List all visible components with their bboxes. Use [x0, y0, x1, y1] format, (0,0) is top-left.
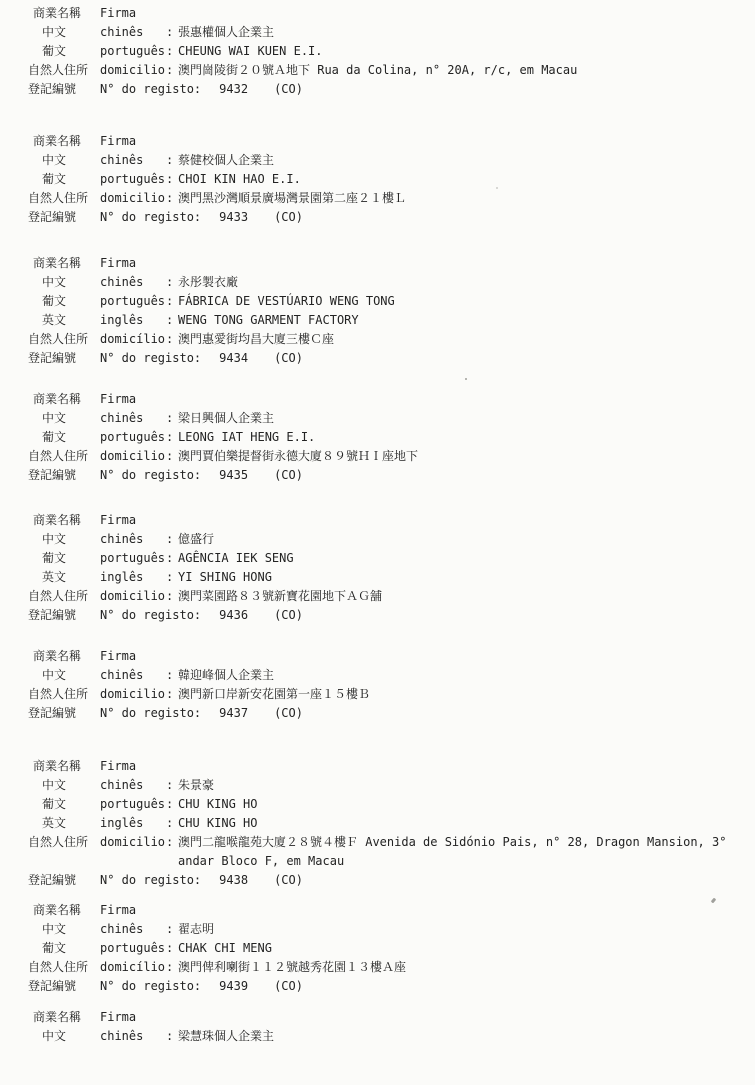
name-field-row: 葡文português:CHEUNG WAI KUEN E.I. — [0, 42, 755, 61]
address-label-zh: 自然人住所 — [0, 61, 100, 80]
colon-separator: : — [166, 23, 178, 42]
registry-number-row: 登記編號N° do registo:9435(CO) — [0, 466, 755, 485]
entry-header-row: 商業名稱Firma — [0, 901, 755, 920]
name-field-row: 中文chinês:張惠權個人企業主 — [0, 23, 755, 42]
address-label-zh: 自然人住所 — [0, 685, 100, 704]
address-label-pt: domicílio — [100, 958, 166, 977]
registry-entry: 商業名稱Firma中文chinês:朱景豪葡文português:CHU KIN… — [0, 757, 755, 890]
registry-label-pt: N° do registo: — [100, 977, 201, 996]
address-row: 自然人住所domicilio:澳門新口岸新安花園第一座１５樓Ｂ — [0, 685, 755, 704]
field-value: CHAK CHI MENG — [178, 939, 755, 958]
name-field-row: 葡文português:LEONG IAT HENG E.I. — [0, 428, 755, 447]
field-label-pt: inglês — [100, 568, 166, 587]
address-value: 澳門新口岸新安花園第一座１５樓Ｂ — [178, 685, 755, 704]
field-label-zh: 英文 — [0, 568, 100, 587]
registry-entry: 商業名稱Firma中文chinês:永彤製衣廠葡文português:FÁBRI… — [0, 254, 755, 368]
field-label-zh: 英文 — [0, 814, 100, 833]
address-value: 澳門崗陵街２０號Ａ地下 Rua da Colina, n° 20A, r/c, … — [178, 61, 755, 80]
field-label-pt: chinês — [100, 23, 166, 42]
header-label-pt: Firma — [100, 901, 166, 920]
registry-number-row: 登記編號N° do registo:9432(CO) — [0, 80, 755, 99]
registry-label-zh: 登記編號 — [0, 208, 100, 227]
colon-separator: : — [166, 292, 178, 311]
entry-header-row: 商業名稱Firma — [0, 132, 755, 151]
colon-separator: : — [166, 1027, 178, 1046]
colon-separator: : — [166, 776, 178, 795]
colon-separator: : — [166, 549, 178, 568]
field-value: 朱景豪 — [178, 776, 755, 795]
field-label-pt: chinês — [100, 920, 166, 939]
registry-label-zh: 登記編號 — [0, 349, 100, 368]
field-label-pt: português — [100, 42, 166, 61]
field-label-pt: português — [100, 292, 166, 311]
field-label-pt: português — [100, 170, 166, 189]
address-label-zh: 自然人住所 — [0, 958, 100, 977]
colon-separator: : — [166, 189, 178, 208]
address-row: 自然人住所domicílio:澳門惠愛街均昌大廈三樓Ｃ座 — [0, 330, 755, 349]
field-label-pt: português — [100, 795, 166, 814]
registry-number-row: 登記編號N° do registo:9436(CO) — [0, 606, 755, 625]
registry-label-pt: N° do registo: — [100, 466, 201, 485]
registry-number: 9437 — [219, 704, 248, 723]
registry-number-row: 登記編號N° do registo:9439(CO) — [0, 977, 755, 996]
field-value: 永彤製衣廠 — [178, 273, 755, 292]
registry-entry: 商業名稱Firma中文chinês:韓迎峰個人企業主自然人住所domicilio… — [0, 647, 755, 723]
name-field-row: 中文chinês:梁慧珠個人企業主 — [0, 1027, 755, 1046]
address-row: 自然人住所domicilio:澳門二龍喉龍苑大廈２８號４樓Ｆ Avenida d… — [0, 833, 755, 871]
address-row: 自然人住所domicilio:澳門賈伯樂提督街永德大廈８９號ＨＩ座地下 — [0, 447, 755, 466]
registry-number: 9435 — [219, 466, 248, 485]
field-label-zh: 葡文 — [0, 549, 100, 568]
field-label-zh: 中文 — [0, 1027, 100, 1046]
colon-separator: : — [166, 666, 178, 685]
field-label-zh: 中文 — [0, 23, 100, 42]
header-label-zh: 商業名稱 — [0, 757, 100, 776]
field-label-pt: inglês — [100, 814, 166, 833]
name-field-row: 中文chinês:翟志明 — [0, 920, 755, 939]
registry-entry: 商業名稱Firma中文chinês:翟志明葡文português:CHAK CH… — [0, 901, 755, 996]
name-field-row: 中文chinês:梁日興個人企業主 — [0, 409, 755, 428]
header-label-zh: 商業名稱 — [0, 254, 100, 273]
colon-separator: : — [166, 685, 178, 704]
address-row: 自然人住所domicilio:澳門黑沙灣順景廣場灣景園第二座２１樓Ｌ — [0, 189, 755, 208]
colon-separator: : — [166, 61, 178, 80]
field-value: CHU KING HO — [178, 814, 755, 833]
field-value: FÁBRICA DE VESTÚARIO WENG TONG — [178, 292, 755, 311]
address-label-pt: domicilio — [100, 447, 166, 466]
registry-number-row: 登記編號N° do registo:9433(CO) — [0, 208, 755, 227]
registry-label-zh: 登記編號 — [0, 871, 100, 890]
registry-label-zh: 登記編號 — [0, 606, 100, 625]
name-field-row: 中文chinês:永彤製衣廠 — [0, 273, 755, 292]
field-label-zh: 中文 — [0, 666, 100, 685]
colon-separator: : — [166, 273, 178, 292]
header-label-pt: Firma — [100, 1008, 166, 1027]
colon-separator: : — [166, 311, 178, 330]
field-label-pt: chinês — [100, 666, 166, 685]
header-label-pt: Firma — [100, 390, 166, 409]
registry-entry: 商業名稱Firma中文chinês:蔡健校個人企業主葡文português:CH… — [0, 132, 755, 227]
address-label-pt: domicilio — [100, 61, 166, 80]
field-value: YI SHING HONG — [178, 568, 755, 587]
field-label-zh: 中文 — [0, 530, 100, 549]
field-label-pt: chinês — [100, 273, 166, 292]
entry-header-row: 商業名稱Firma — [0, 254, 755, 273]
field-value: 韓迎峰個人企業主 — [178, 666, 755, 685]
header-label-zh: 商業名稱 — [0, 901, 100, 920]
name-field-row: 英文inglês:YI SHING HONG — [0, 568, 755, 587]
colon-separator: : — [166, 447, 178, 466]
scanned-registry-page: 商業名稱Firma中文chinês:張惠權個人企業主葡文português:CH… — [0, 0, 755, 1085]
field-label-pt: chinês — [100, 776, 166, 795]
registry-label-pt: N° do registo: — [100, 871, 201, 890]
entry-header-row: 商業名稱Firma — [0, 647, 755, 666]
address-label-pt: domicílio — [100, 330, 166, 349]
header-label-zh: 商業名稱 — [0, 132, 100, 151]
entry-header-row: 商業名稱Firma — [0, 757, 755, 776]
field-label-zh: 葡文 — [0, 939, 100, 958]
registry-entries: 商業名稱Firma中文chinês:張惠權個人企業主葡文português:CH… — [0, 4, 755, 1046]
registry-label-pt: N° do registo: — [100, 80, 201, 99]
registry-suffix: (CO) — [274, 606, 303, 625]
field-label-zh: 中文 — [0, 151, 100, 170]
field-label-zh: 葡文 — [0, 795, 100, 814]
field-label-zh: 中文 — [0, 409, 100, 428]
address-label-zh: 自然人住所 — [0, 447, 100, 466]
address-value: 澳門賈伯樂提督街永德大廈８９號ＨＩ座地下 — [178, 447, 755, 466]
registry-suffix: (CO) — [274, 977, 303, 996]
registry-suffix: (CO) — [274, 704, 303, 723]
registry-entry: 商業名稱Firma中文chinês:梁日興個人企業主葡文português:LE… — [0, 390, 755, 485]
name-field-row: 中文chinês:億盛行 — [0, 530, 755, 549]
registry-number: 9432 — [219, 80, 248, 99]
name-field-row: 中文chinês:蔡健校個人企業主 — [0, 151, 755, 170]
field-value: AGÊNCIA IEK SENG — [178, 549, 755, 568]
colon-separator: : — [166, 958, 178, 977]
colon-separator: : — [166, 530, 178, 549]
field-label-pt: português — [100, 428, 166, 447]
registry-entry: 商業名稱Firma中文chinês:張惠權個人企業主葡文português:CH… — [0, 4, 755, 99]
field-label-zh: 中文 — [0, 273, 100, 292]
address-label-zh: 自然人住所 — [0, 189, 100, 208]
field-value: CHEUNG WAI KUEN E.I. — [178, 42, 755, 61]
field-label-pt: chinês — [100, 409, 166, 428]
name-field-row: 英文inglês:WENG TONG GARMENT FACTORY — [0, 311, 755, 330]
address-value: 澳門二龍喉龍苑大廈２８號４樓Ｆ Avenida de Sidónio Pais,… — [178, 833, 755, 871]
field-value: LEONG IAT HENG E.I. — [178, 428, 755, 447]
address-label-pt: domicilio — [100, 587, 166, 606]
field-label-pt: português — [100, 549, 166, 568]
registry-suffix: (CO) — [274, 80, 303, 99]
registry-entry: 商業名稱Firma中文chinês:梁慧珠個人企業主 — [0, 1008, 755, 1046]
field-label-pt: chinês — [100, 530, 166, 549]
registry-number-row: 登記編號N° do registo:9438(CO) — [0, 871, 755, 890]
name-field-row: 中文chinês:韓迎峰個人企業主 — [0, 666, 755, 685]
header-label-zh: 商業名稱 — [0, 1008, 100, 1027]
field-value: 億盛行 — [178, 530, 755, 549]
name-field-row: 葡文português:CHU KING HO — [0, 795, 755, 814]
colon-separator: : — [166, 428, 178, 447]
header-label-zh: 商業名稱 — [0, 647, 100, 666]
field-label-pt: português — [100, 939, 166, 958]
field-label-zh: 葡文 — [0, 292, 100, 311]
field-label-zh: 葡文 — [0, 170, 100, 189]
registry-label-pt: N° do registo: — [100, 208, 201, 227]
registry-label-zh: 登記編號 — [0, 466, 100, 485]
name-field-row: 英文inglês:CHU KING HO — [0, 814, 755, 833]
address-value: 澳門菜園路８３號新寶花園地下ＡＧ舖 — [178, 587, 755, 606]
address-row: 自然人住所domicilio:澳門菜園路８３號新寶花園地下ＡＧ舖 — [0, 587, 755, 606]
colon-separator: : — [166, 409, 178, 428]
field-value: 翟志明 — [178, 920, 755, 939]
header-label-pt: Firma — [100, 4, 166, 23]
registry-entry: 商業名稱Firma中文chinês:億盛行葡文português:AGÊNCIA… — [0, 511, 755, 625]
field-value: 梁慧珠個人企業主 — [178, 1027, 755, 1046]
colon-separator: : — [166, 920, 178, 939]
registry-label-pt: N° do registo: — [100, 704, 201, 723]
field-label-pt: chinês — [100, 151, 166, 170]
entry-header-row: 商業名稱Firma — [0, 4, 755, 23]
field-label-pt: inglês — [100, 311, 166, 330]
header-label-pt: Firma — [100, 647, 166, 666]
header-label-zh: 商業名稱 — [0, 511, 100, 530]
colon-separator: : — [166, 568, 178, 587]
address-label-pt: domicilio — [100, 833, 166, 852]
field-value: CHU KING HO — [178, 795, 755, 814]
colon-separator: : — [166, 587, 178, 606]
registry-label-zh: 登記編號 — [0, 704, 100, 723]
field-label-zh: 葡文 — [0, 42, 100, 61]
name-field-row: 葡文português:CHAK CHI MENG — [0, 939, 755, 958]
field-value: CHOI KIN HAO E.I. — [178, 170, 755, 189]
colon-separator: : — [166, 170, 178, 189]
header-label-pt: Firma — [100, 511, 166, 530]
field-label-zh: 中文 — [0, 776, 100, 795]
field-value: 蔡健校個人企業主 — [178, 151, 755, 170]
colon-separator: : — [166, 833, 178, 852]
scan-speckle — [465, 378, 467, 380]
address-label-pt: domicilio — [100, 189, 166, 208]
registry-number-row: 登記編號N° do registo:9437(CO) — [0, 704, 755, 723]
field-label-zh: 葡文 — [0, 428, 100, 447]
entry-header-row: 商業名稱Firma — [0, 1008, 755, 1027]
colon-separator: : — [166, 939, 178, 958]
colon-separator: : — [166, 42, 178, 61]
field-value: 梁日興個人企業主 — [178, 409, 755, 428]
address-value: 澳門惠愛街均昌大廈三樓Ｃ座 — [178, 330, 755, 349]
address-label-zh: 自然人住所 — [0, 833, 100, 852]
registry-label-pt: N° do registo: — [100, 606, 201, 625]
registry-label-pt: N° do registo: — [100, 349, 201, 368]
header-label-pt: Firma — [100, 132, 166, 151]
field-value: WENG TONG GARMENT FACTORY — [178, 311, 755, 330]
field-value: 張惠權個人企業主 — [178, 23, 755, 42]
name-field-row: 葡文português:FÁBRICA DE VESTÚARIO WENG TO… — [0, 292, 755, 311]
colon-separator: : — [166, 814, 178, 833]
name-field-row: 中文chinês:朱景豪 — [0, 776, 755, 795]
entry-header-row: 商業名稱Firma — [0, 511, 755, 530]
scan-speckle — [496, 187, 498, 189]
field-label-zh: 英文 — [0, 311, 100, 330]
header-label-pt: Firma — [100, 757, 166, 776]
address-row: 自然人住所domicílio:澳門俾利喇街１１２號越秀花園１３樓Ａ座 — [0, 958, 755, 977]
header-label-zh: 商業名稱 — [0, 390, 100, 409]
address-label-zh: 自然人住所 — [0, 330, 100, 349]
registry-label-zh: 登記編號 — [0, 80, 100, 99]
registry-number: 9433 — [219, 208, 248, 227]
registry-number-row: 登記編號N° do registo:9434(CO) — [0, 349, 755, 368]
name-field-row: 葡文português:AGÊNCIA IEK SENG — [0, 549, 755, 568]
registry-suffix: (CO) — [274, 208, 303, 227]
address-value: 澳門黑沙灣順景廣場灣景園第二座２１樓Ｌ — [178, 189, 755, 208]
address-row: 自然人住所domicilio:澳門崗陵街２０號Ａ地下 Rua da Colina… — [0, 61, 755, 80]
registry-number: 9434 — [219, 349, 248, 368]
address-value: 澳門俾利喇街１１２號越秀花園１３樓Ａ座 — [178, 958, 755, 977]
registry-number: 9438 — [219, 871, 248, 890]
header-label-pt: Firma — [100, 254, 166, 273]
colon-separator: : — [166, 795, 178, 814]
field-label-zh: 中文 — [0, 920, 100, 939]
entry-header-row: 商業名稱Firma — [0, 390, 755, 409]
registry-suffix: (CO) — [274, 466, 303, 485]
registry-suffix: (CO) — [274, 871, 303, 890]
colon-separator: : — [166, 151, 178, 170]
registry-number: 9436 — [219, 606, 248, 625]
registry-number: 9439 — [219, 977, 248, 996]
address-label-zh: 自然人住所 — [0, 587, 100, 606]
address-label-pt: domicilio — [100, 685, 166, 704]
header-label-zh: 商業名稱 — [0, 4, 100, 23]
registry-suffix: (CO) — [274, 349, 303, 368]
registry-label-zh: 登記編號 — [0, 977, 100, 996]
name-field-row: 葡文português:CHOI KIN HAO E.I. — [0, 170, 755, 189]
field-label-pt: chinês — [100, 1027, 166, 1046]
colon-separator: : — [166, 330, 178, 349]
